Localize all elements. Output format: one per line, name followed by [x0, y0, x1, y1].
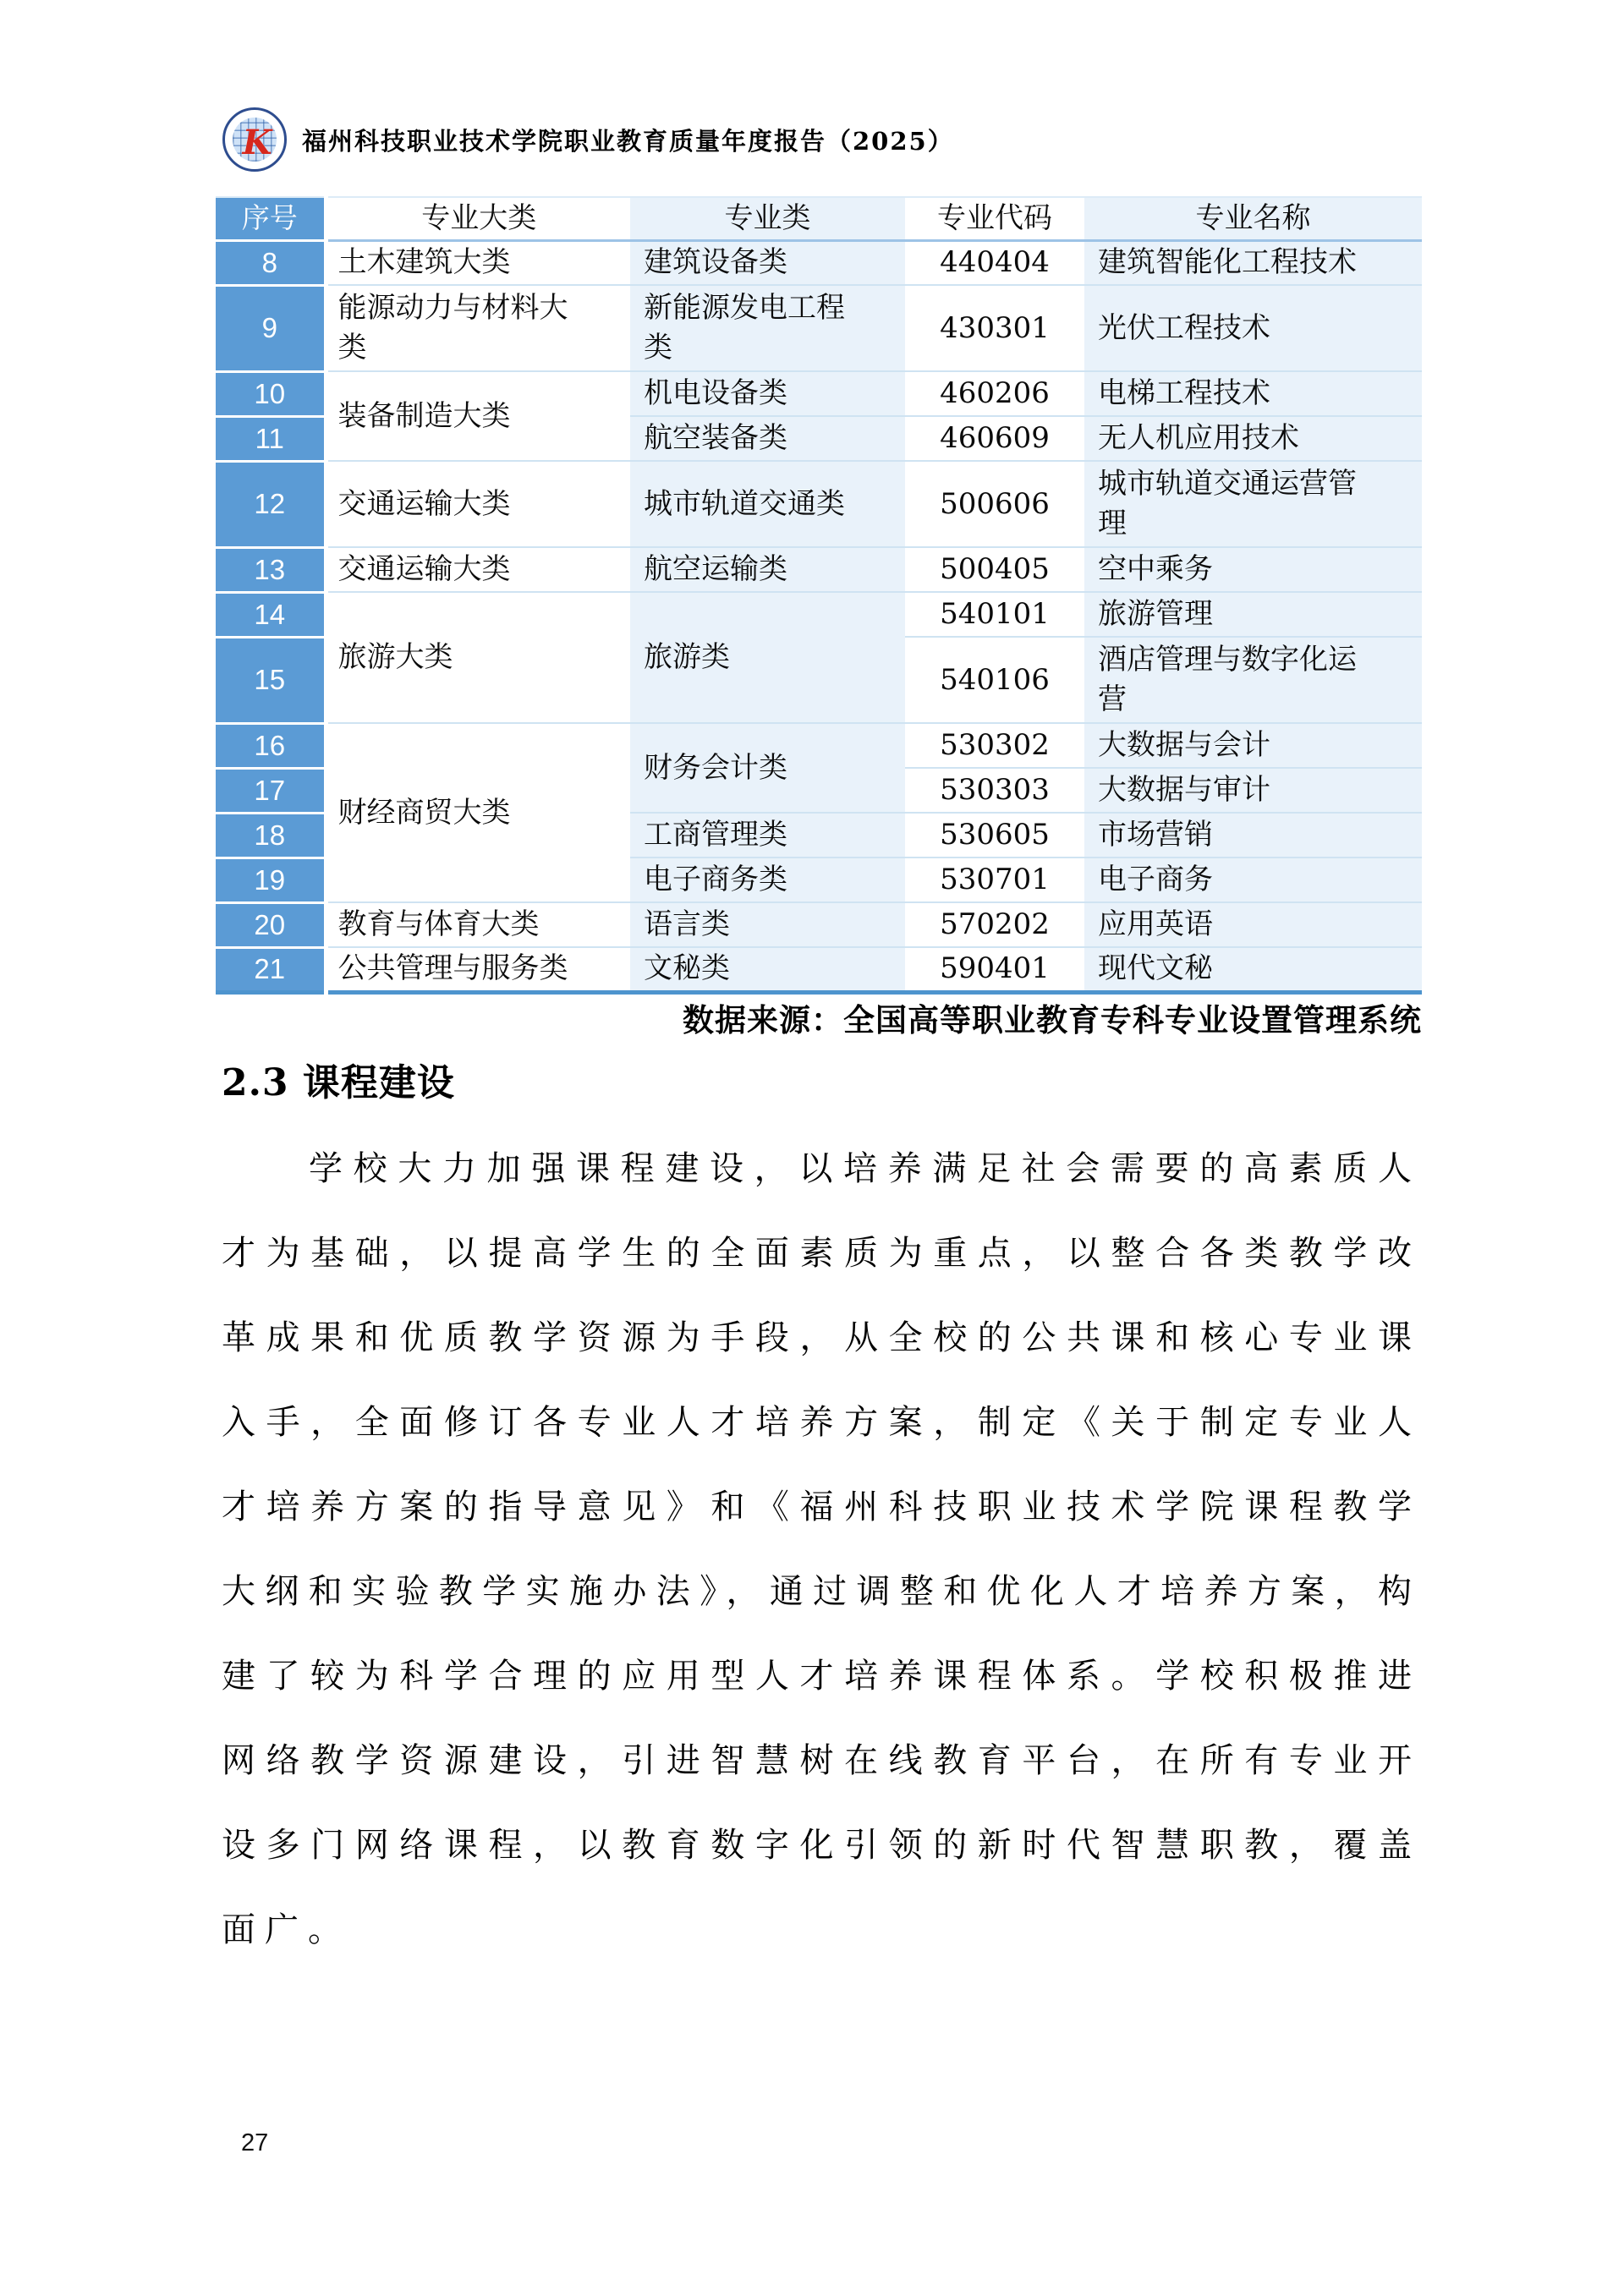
cell-category: 文秘类 — [630, 947, 905, 992]
cell-code: 530302 — [905, 723, 1084, 768]
document-title: 福州科技职业技术学院职业教育质量年度报告（2025） — [302, 123, 954, 157]
cell-code: 500606 — [905, 461, 1084, 547]
cell-code: 530701 — [905, 858, 1084, 902]
cell-no: 9 — [216, 285, 326, 371]
cell-name: 建筑智能化工程技术 — [1084, 240, 1422, 285]
col-header-code: 专业代码 — [905, 197, 1084, 240]
school-logo-icon: K — [222, 107, 287, 172]
cell-major-category: 能源动力与材料大类 — [326, 285, 630, 371]
cell-name: 现代文秘 — [1084, 947, 1422, 992]
cell-major-category: 交通运输大类 — [326, 547, 630, 592]
cell-name: 电梯工程技术 — [1084, 371, 1422, 416]
table-row: 8 土木建筑大类 建筑设备类 440404 建筑智能化工程技术 — [216, 240, 1422, 285]
cell-no: 13 — [216, 547, 326, 592]
cell-name: 光伏工程技术 — [1084, 285, 1422, 371]
page-number: 27 — [241, 2129, 268, 2157]
cell-major-category: 交通运输大类 — [326, 461, 630, 547]
cell-major-category: 教育与体育大类 — [326, 902, 630, 947]
cell-code: 530303 — [905, 768, 1084, 813]
cell-no: 17 — [216, 768, 326, 813]
cell-name: 大数据与会计 — [1084, 723, 1422, 768]
cell-category: 城市轨道交通类 — [630, 461, 905, 547]
col-header-no: 序号 — [216, 197, 326, 240]
cell-major-category: 旅游大类 — [326, 592, 630, 723]
page-header: K 福州科技职业技术学院职业教育质量年度报告（2025） — [222, 105, 954, 174]
col-header-category: 专业类 — [630, 197, 905, 240]
cell-name: 无人机应用技术 — [1084, 416, 1422, 461]
report-page: K 福州科技职业技术学院职业教育质量年度报告（2025） 序号 专业大类 专业类… — [0, 0, 1624, 2296]
data-source-note: 数据来源：全国高等职业教育专科专业设置管理系统 — [683, 995, 1422, 1040]
cell-no: 11 — [216, 416, 326, 461]
col-header-major-category: 专业大类 — [326, 197, 630, 240]
cell-name: 旅游管理 — [1084, 592, 1422, 637]
cell-no: 18 — [216, 813, 326, 858]
cell-category: 新能源发电工程类 — [630, 285, 905, 371]
cell-no: 20 — [216, 902, 326, 947]
table-header-row: 序号 专业大类 专业类 专业代码 专业名称 — [216, 197, 1422, 240]
cell-category: 电子商务类 — [630, 858, 905, 902]
cell-name: 应用英语 — [1084, 902, 1422, 947]
cell-code: 460206 — [905, 371, 1084, 416]
cell-no: 16 — [216, 723, 326, 768]
cell-major-category: 土木建筑大类 — [326, 240, 630, 285]
body-paragraph: 学校大力加强课程建设，以培养满足社会需要的高素质人才为基础，以提高学生的全面素质… — [222, 1126, 1421, 1972]
cell-major-category: 装备制造大类 — [326, 371, 630, 461]
cell-category: 机电设备类 — [630, 371, 905, 416]
cell-no: 19 — [216, 858, 326, 902]
cell-no: 10 — [216, 371, 326, 416]
cell-no: 21 — [216, 947, 326, 992]
cell-category: 工商管理类 — [630, 813, 905, 858]
cell-name: 大数据与审计 — [1084, 768, 1422, 813]
cell-name: 电子商务 — [1084, 858, 1422, 902]
cell-category: 旅游类 — [630, 592, 905, 723]
cell-no: 15 — [216, 637, 326, 723]
table-row: 12 交通运输大类 城市轨道交通类 500606 城市轨道交通运营管理 — [216, 461, 1422, 547]
cell-category: 语言类 — [630, 902, 905, 947]
col-header-name: 专业名称 — [1084, 197, 1422, 240]
cell-code: 540101 — [905, 592, 1084, 637]
table-row: 10 装备制造大类 机电设备类 460206 电梯工程技术 — [216, 371, 1422, 416]
cell-name: 城市轨道交通运营管理 — [1084, 461, 1422, 547]
table-row: 14 旅游大类 旅游类 540101 旅游管理 — [216, 592, 1422, 637]
cell-category: 航空装备类 — [630, 416, 905, 461]
cell-code: 570202 — [905, 902, 1084, 947]
cell-no: 12 — [216, 461, 326, 547]
cell-code: 460609 — [905, 416, 1084, 461]
majors-table: 序号 专业大类 专业类 专业代码 专业名称 8 土木建筑大类 建筑设备类 440… — [216, 196, 1422, 995]
table-row: 9 能源动力与材料大类 新能源发电工程类 430301 光伏工程技术 — [216, 285, 1422, 371]
cell-code: 540106 — [905, 637, 1084, 723]
cell-code: 500405 — [905, 547, 1084, 592]
cell-name: 市场营销 — [1084, 813, 1422, 858]
cell-code: 590401 — [905, 947, 1084, 992]
table-row: 16 财经商贸大类 财务会计类 530302 大数据与会计 — [216, 723, 1422, 768]
cell-no: 14 — [216, 592, 326, 637]
cell-no: 8 — [216, 240, 326, 285]
cell-code: 440404 — [905, 240, 1084, 285]
cell-name: 酒店管理与数字化运营 — [1084, 637, 1422, 723]
section-heading: 2.3 课程建设 — [222, 1052, 455, 1106]
logo-letter: K — [225, 110, 289, 174]
table-row: 13 交通运输大类 航空运输类 500405 空中乘务 — [216, 547, 1422, 592]
cell-major-category: 公共管理与服务类 — [326, 947, 630, 992]
cell-code: 530605 — [905, 813, 1084, 858]
table-row: 21 公共管理与服务类 文秘类 590401 现代文秘 — [216, 947, 1422, 992]
cell-name: 空中乘务 — [1084, 547, 1422, 592]
table-row: 20 教育与体育大类 语言类 570202 应用英语 — [216, 902, 1422, 947]
cell-major-category: 财经商贸大类 — [326, 723, 630, 902]
cell-code: 430301 — [905, 285, 1084, 371]
cell-category: 航空运输类 — [630, 547, 905, 592]
cell-category: 建筑设备类 — [630, 240, 905, 285]
cell-category: 财务会计类 — [630, 723, 905, 813]
